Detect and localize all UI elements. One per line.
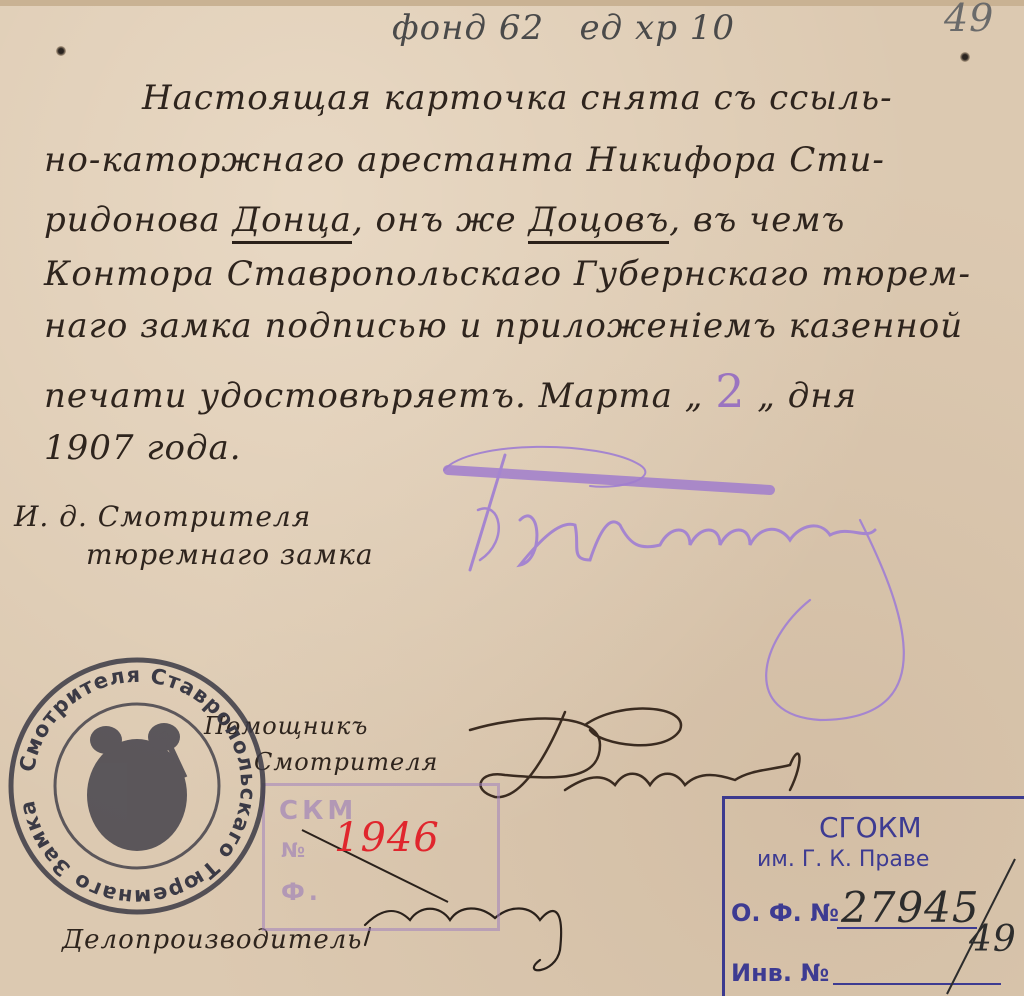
- handwritten-year-red: 1946: [334, 815, 440, 861]
- document-page: фонд 62 ед хр 10 49 Настоящая карточка с…: [0, 0, 1024, 996]
- skm-stamp-number-label: №: [281, 838, 309, 862]
- round-seal: Смотрителя Ставропольскаго Тюремнаго Зам…: [6, 655, 268, 917]
- skm-stamp-fond-label: Ф.: [281, 878, 322, 906]
- brown-signature: [470, 709, 799, 798]
- sgokm-stamp: СГОКМ им. Г. К. Праве О. Ф. № 27945 49 И…: [722, 796, 1024, 996]
- double-headed-eagle-icon: [87, 723, 187, 851]
- fraction-slash: [725, 799, 1024, 996]
- signatory-2-title-2: Смотрителя: [254, 748, 438, 776]
- violet-signature: [444, 447, 904, 720]
